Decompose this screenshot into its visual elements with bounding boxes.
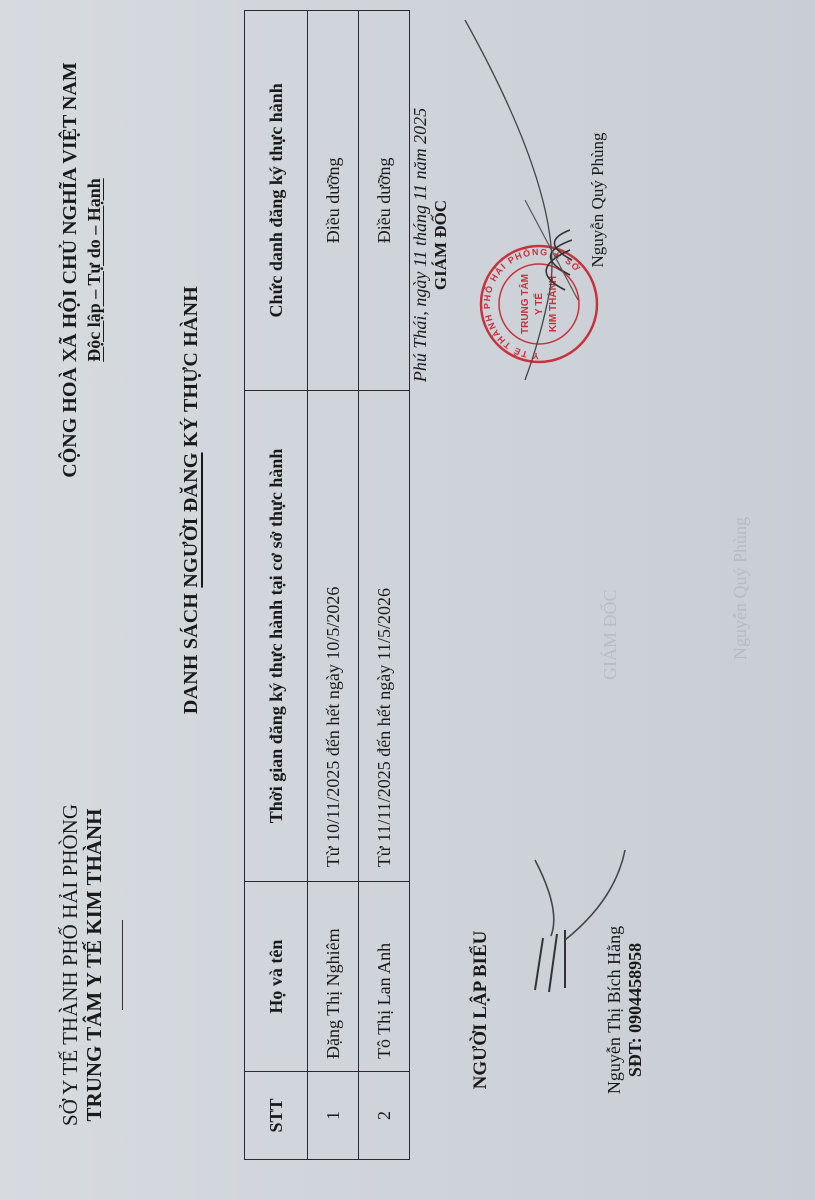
cell-name: Tô Thị Lan Anh [359, 882, 410, 1072]
table-header-row: STT Họ và tên Thời gian đăng ký thực hàn… [245, 11, 308, 1160]
bleed-through-text: Nguyễn Quý Phùng [730, 517, 751, 660]
director-block: Phú Thái, ngày 11 tháng 11 năm 2025 GIÁM… [410, 30, 451, 460]
svg-text:Y TẾ: Y TẾ [532, 293, 545, 315]
official-stamp-icon: Y TẾ THÀNH PHỐ HẢI PHÒNG ★ SỞ TRUNG TÂM … [478, 243, 600, 365]
cell-name: Đặng Thị Nghiêm [308, 882, 359, 1072]
title-part: DANH SÁCH [180, 588, 202, 714]
agency-header: SỞ Y TẾ THÀNH PHỐ HẢI PHÒNG TRUNG TÂM Y … [58, 730, 123, 1200]
preparer-name: Nguyễn Thị Bích Hằng [604, 820, 625, 1200]
cell-stt: 2 [359, 1072, 410, 1160]
registration-table: STT Họ và tên Thời gian đăng ký thực hàn… [244, 10, 410, 1160]
bleed-through-text: GIÁM ĐỐC [600, 589, 621, 680]
cell-stt: 1 [308, 1072, 359, 1160]
agency-name: TRUNG TÂM Y TẾ KIM THÀNH [82, 730, 106, 1200]
col-header-period: Thời gian đăng ký thực hành tại cơ sở th… [245, 390, 308, 882]
preparer-phone: SĐT: 0904458958 [625, 820, 646, 1200]
title-part: KÝ THỰC HÀNH [180, 286, 202, 453]
cell-title: Điều dưỡng [359, 11, 410, 391]
agency-parent: SỞ Y TẾ THÀNH PHỐ HẢI PHÒNG [58, 730, 82, 1200]
table-row: 1 Đặng Thị Nghiêm Từ 10/11/2025 đến hết … [308, 11, 359, 1160]
col-header-title: Chức danh đăng ký thực hành [245, 11, 308, 391]
signing-date: Phú Thái, ngày 11 tháng 11 năm 2025 [410, 30, 431, 460]
preparer-block: NGƯỜI LẬP BIỂU Nguyễn Thị Bích Hằng SĐT:… [470, 820, 646, 1200]
national-name: CỘNG HOÀ XÃ HỘI CHỦ NGHĨA VIỆT NAM [58, 0, 82, 550]
cell-period: Từ 10/11/2025 đến hết ngày 10/5/2026 [308, 390, 359, 882]
col-header-stt: STT [245, 1072, 308, 1160]
national-header: CỘNG HOÀ XÃ HỘI CHỦ NGHĨA VIỆT NAM Độc l… [58, 0, 106, 550]
header-divider [122, 920, 123, 1010]
title-part-underlined: NGƯỜI ĐĂNG [180, 452, 202, 587]
svg-text:TRUNG TÂM: TRUNG TÂM [518, 274, 531, 334]
document-title: DANH SÁCH NGƯỜI ĐĂNG KÝ THỰC HÀNH [180, 90, 203, 910]
cell-title: Điều dưỡng [308, 11, 359, 391]
document-page: GIÁM ĐỐC Nguyễn Quý Phùng SỞ Y TẾ THÀNH … [0, 0, 815, 1200]
national-motto: Độc lập – Tự do – Hạnh [82, 0, 106, 550]
table-row: 2 Tô Thị Lan Anh Từ 11/11/2025 đến hết n… [359, 11, 410, 1160]
svg-text:KIM THÀNH: KIM THÀNH [546, 276, 559, 332]
col-header-name: Họ và tên [245, 882, 308, 1072]
cell-period: Từ 11/11/2025 đến hết ngày 11/5/2026 [359, 390, 410, 882]
director-role: GIÁM ĐỐC [431, 30, 451, 460]
preparer-role: NGƯỜI LẬP BIỂU [470, 820, 492, 1200]
